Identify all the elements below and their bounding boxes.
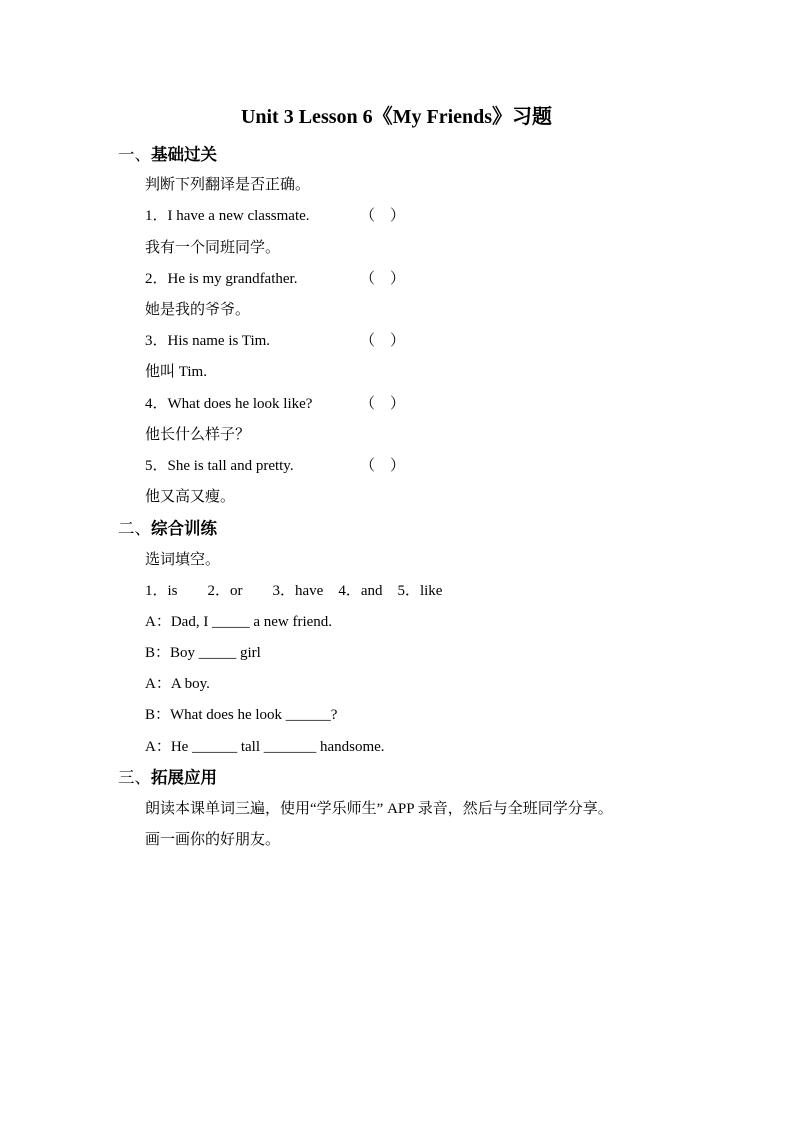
section1-number: 一、 <box>118 141 151 165</box>
section3-task-1: 朗读本课单词三遍，使用“学乐师生” APP 录音，然后与全班同学分享。 <box>0 792 793 823</box>
chinese-translation: 她是我的爷爷。 <box>145 298 250 319</box>
question-row-3-en: 3．His name is Tim.（ ） <box>0 324 793 355</box>
dialogue-text: B：What does he look ______? <box>145 703 337 724</box>
section1-heading: 一、基础过关 <box>0 137 793 168</box>
section2-instruction: 选词填空。 <box>0 542 793 573</box>
question-row-1-en: 1．I have a new classmate.（ ） <box>0 199 793 230</box>
section3-number: 三、 <box>118 764 151 788</box>
english-sentence: 1．I have a new classmate. <box>145 204 360 225</box>
answer-parens: （ ） <box>360 454 405 475</box>
english-sentence: 4．What does he look like? <box>145 392 360 413</box>
dialogue-line-3: A：A boy. <box>0 667 793 698</box>
dialogue-text: A：He ______ tall _______ handsome. <box>145 735 385 756</box>
section3-heading: 三、拓展应用 <box>0 761 793 792</box>
answer-parens: （ ） <box>360 329 405 350</box>
section1-title: 基础过关 <box>151 141 217 165</box>
question-row-3-zh: 他叫 Tim. <box>0 355 793 386</box>
question-row-5-en: 5．She is tall and pretty.（ ） <box>0 449 793 480</box>
answer-parens: （ ） <box>360 267 405 288</box>
worksheet-page: { "document": { "title": "Unit 3 Lesson … <box>0 0 793 1122</box>
question-row-2-zh: 她是我的爷爷。 <box>0 293 793 324</box>
dialogue-line-2: B：Boy _____ girl <box>0 636 793 667</box>
english-sentence: 5．She is tall and pretty. <box>145 454 360 475</box>
section2-number: 二、 <box>118 515 151 539</box>
section3-title: 拓展应用 <box>151 764 217 788</box>
question-row-5-zh: 他又高又瘦。 <box>0 480 793 511</box>
section2-title: 综合训练 <box>151 515 217 539</box>
dialogue-line-1: A：Dad, I _____ a new friend. <box>0 605 793 636</box>
dialogue-text: A：Dad, I _____ a new friend. <box>145 610 332 631</box>
answer-parens: （ ） <box>360 204 405 225</box>
instruction-text: 判断下列翻译是否正确。 <box>145 173 310 194</box>
question-row-4-en: 4．What does he look like?（ ） <box>0 387 793 418</box>
dialogue-text: B：Boy _____ girl <box>145 641 261 662</box>
page-title: Unit 3 Lesson 6《My Friends》习题 <box>0 103 793 131</box>
word-bank-text: 1．is 2．or 3．have 4．and 5．like <box>145 579 442 600</box>
task-text: 朗读本课单词三遍，使用“学乐师生” APP 录音，然后与全班同学分享。 <box>145 797 613 818</box>
english-sentence: 2．He is my grandfather. <box>145 267 360 288</box>
instruction-text: 选词填空。 <box>145 548 220 569</box>
section1-instruction: 判断下列翻译是否正确。 <box>0 168 793 199</box>
chinese-translation: 他又高又瘦。 <box>145 485 235 506</box>
chinese-translation: 他叫 Tim. <box>145 360 207 381</box>
question-row-2-en: 2．He is my grandfather.（ ） <box>0 262 793 293</box>
task-text: 画一画你的好朋友。 <box>145 828 280 849</box>
word-bank: 1．is 2．or 3．have 4．and 5．like <box>0 574 793 605</box>
section3-task-2: 画一画你的好朋友。 <box>0 823 793 854</box>
document-body: 一、基础过关 判断下列翻译是否正确。 1．I have a new classm… <box>0 137 793 854</box>
question-row-1-zh: 我有一个同班同学。 <box>0 231 793 262</box>
chinese-translation: 我有一个同班同学。 <box>145 236 280 257</box>
dialogue-line-4: B：What does he look ______? <box>0 698 793 729</box>
dialogue-text: A：A boy. <box>145 672 210 693</box>
answer-parens: （ ） <box>360 392 405 413</box>
chinese-translation: 他长什么样子？ <box>145 423 250 444</box>
question-row-4-zh: 他长什么样子？ <box>0 418 793 449</box>
english-sentence: 3．His name is Tim. <box>145 329 360 350</box>
dialogue-line-5: A：He ______ tall _______ handsome. <box>0 730 793 761</box>
section2-heading: 二、综合训练 <box>0 511 793 542</box>
